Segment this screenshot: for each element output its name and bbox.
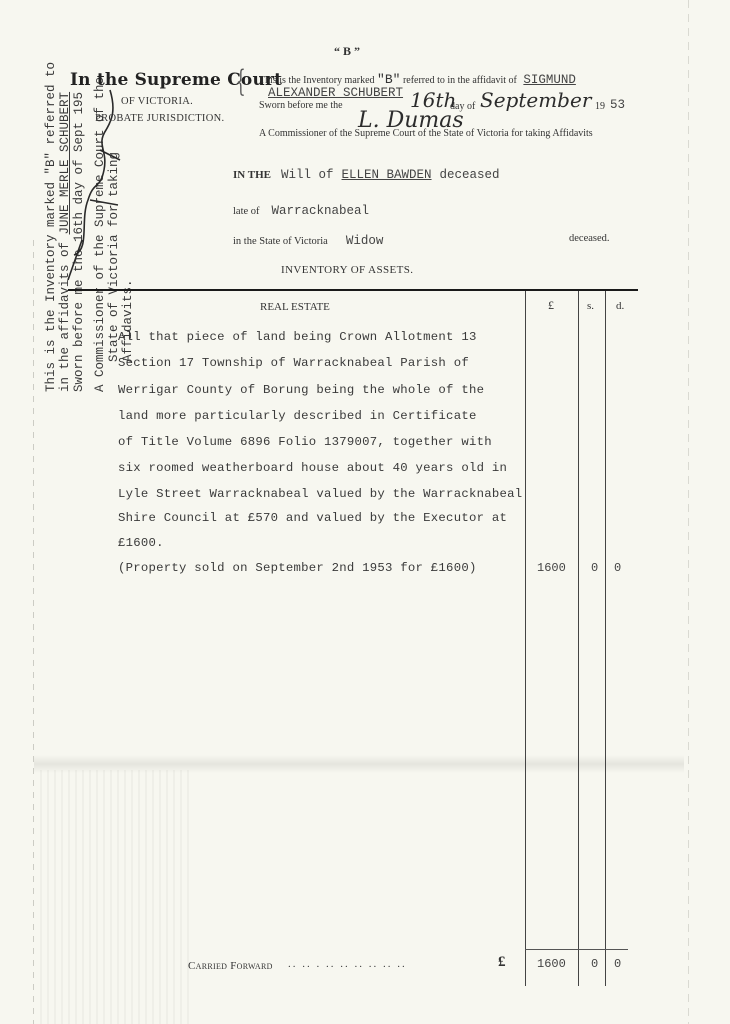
commissioner-label: A Commissioner of the Supreme Court of t… [259, 128, 593, 139]
will-heading: IN THE Will of ELLEN BAWDEN deceased [233, 165, 500, 183]
description-line: land more particularly described in Cert… [118, 409, 477, 423]
inventory-mark: "B" [377, 72, 400, 87]
table-top-rule [68, 289, 638, 291]
court-jurisdiction: PROBATE JURISDICTION. [95, 113, 224, 124]
carried-forward-leader: .. .. . .. .. .. .. .. .. [288, 958, 407, 970]
late-of-line: late of Warracknabeal [233, 201, 369, 219]
description-line: Lyle Street Warracknabeal valued by the … [118, 487, 522, 501]
entry-pence: 0 [614, 561, 621, 575]
year-prefix: 19 [595, 101, 605, 112]
sworn-label: Sworn before me the [259, 100, 343, 111]
inventory-statement-line1: This is the Inventory marked "B" referre… [259, 72, 576, 87]
scan-smudge [40, 770, 190, 1024]
column-divider-shillings [578, 291, 579, 986]
carried-forward-label: Carried Forward [188, 960, 273, 972]
deceased-label: deceased. [569, 233, 610, 244]
deponent-rest-name: ALEXANDER SCHUBERT [268, 86, 403, 100]
scan-edge-right [688, 0, 689, 1024]
document-page: “ B ” This is the Inventory marked "B" r… [0, 0, 730, 1024]
state-line: in the State of Victoria Widow [233, 231, 383, 249]
deceased-name: ELLEN BAWDEN [342, 168, 432, 182]
description-line: (Property sold on September 2nd 1953 for… [118, 561, 477, 575]
entry-shillings: 0 [591, 561, 598, 575]
description-line: of Title Volume 6896 Folio 1379007, toge… [118, 435, 492, 449]
column-header-pence: d. [616, 300, 624, 312]
occupation: Widow [346, 234, 384, 248]
column-divider-pounds [525, 291, 526, 986]
side-annotation-line: This is the Inventory marked "B" referre… [44, 62, 58, 392]
total-rule [525, 949, 628, 950]
court-state: OF VICTORIA. [121, 96, 193, 107]
exhibit-mark: “ B ” [334, 44, 360, 59]
description-line: Werrigar County of Borung being the whol… [118, 383, 484, 397]
column-header-shillings: s. [587, 300, 594, 312]
brace-icon: { [236, 64, 246, 99]
column-divider-pence [605, 291, 606, 986]
entry-pounds: 1600 [537, 561, 566, 575]
inventory-title: INVENTORY OF ASSETS. [281, 264, 413, 276]
description-line: All that piece of land being Crown Allot… [118, 330, 477, 344]
carried-forward-currency: £ [498, 954, 506, 971]
description-line: Section 17 Township of Warracknabeal Par… [118, 356, 469, 370]
deponent-first-name: SIGMUND [523, 73, 576, 87]
scan-edge-left [33, 240, 34, 1024]
carried-forward-pence: 0 [614, 957, 621, 971]
column-header-pounds: £ [548, 298, 554, 313]
carried-forward-shillings: 0 [591, 957, 598, 971]
column-header-description: REAL ESTATE [260, 301, 330, 313]
carried-forward-pounds: 1600 [537, 957, 566, 971]
description-line: Shire Council at £570 and valued by the … [118, 511, 507, 525]
sworn-month-handwritten: September [480, 88, 591, 112]
late-of-value: Warracknabeal [272, 204, 370, 218]
description-line: £1600. [118, 536, 164, 550]
description-line: six roomed weatherboard house about 40 y… [118, 461, 507, 475]
court-title: In the Supreme Court [70, 70, 282, 90]
year-suffix: 53 [610, 98, 625, 112]
